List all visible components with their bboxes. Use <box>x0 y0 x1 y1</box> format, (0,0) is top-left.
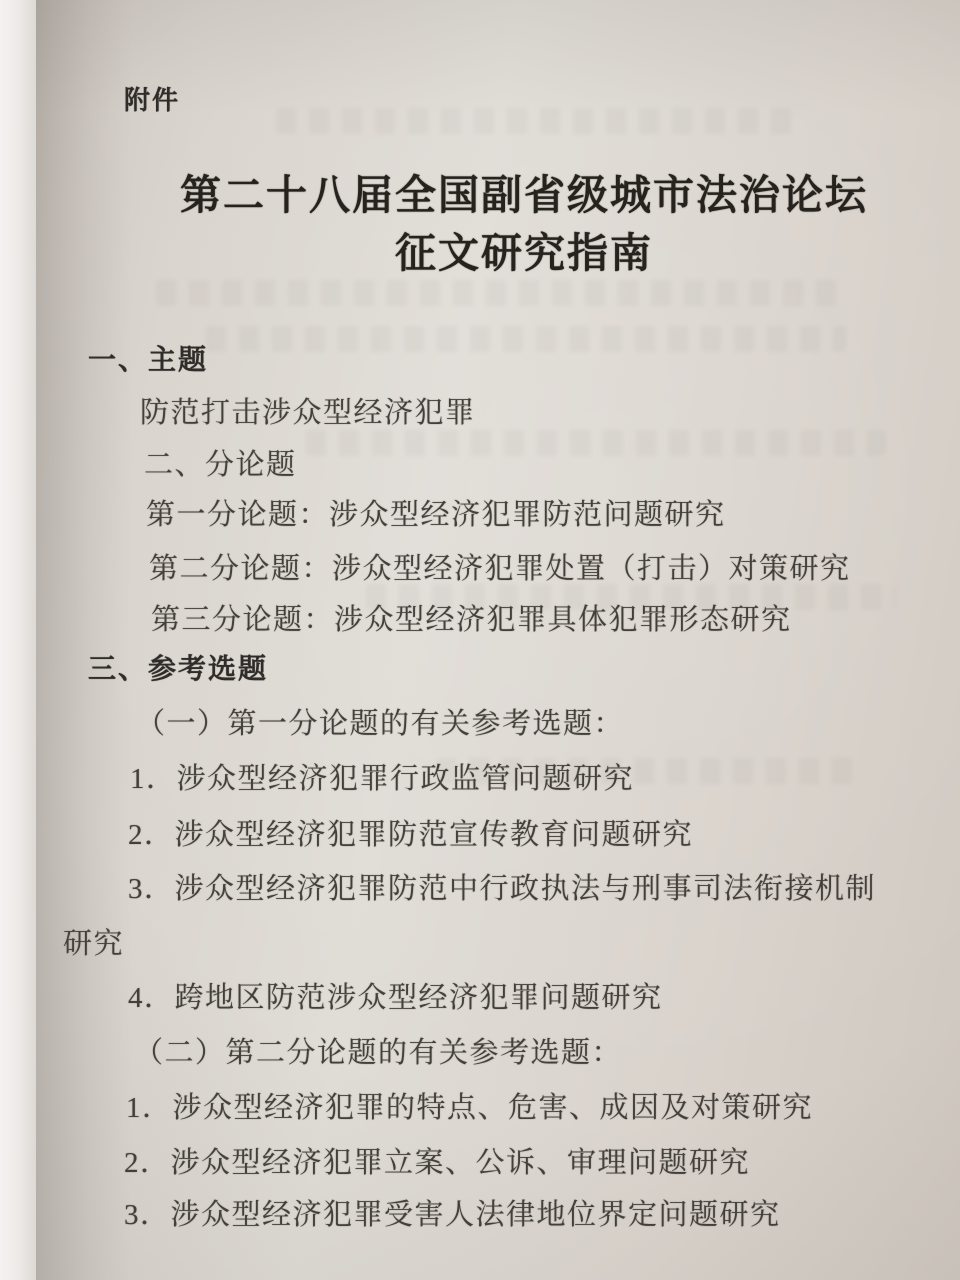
document-page: 附件 第二十八届全国副省级城市法治论坛 征文研究指南 一、主题 防范打击涉众型经… <box>36 0 960 1280</box>
section-heading-topics: 三、参考选题 <box>88 647 268 687</box>
group-2-item-2: 2．涉众型经济犯罪立案、公诉、审理问题研究 <box>124 1140 750 1181</box>
document-title-line1: 第二十八届全国副省级城市法治论坛 <box>36 162 960 221</box>
document-title-line2: 征文研究指南 <box>36 220 960 279</box>
group-1-item-4: 4．跨地区防范涉众型经济犯罪问题研究 <box>128 975 663 1016</box>
section-heading-theme: 一、主题 <box>88 338 208 378</box>
group-1-item-3-continuation: 研究 <box>63 921 124 962</box>
group-2-item-1: 1．涉众型经济犯罪的特点、危害、成因及对策研究 <box>126 1085 813 1126</box>
group-1-item-3: 3．涉众型经济犯罪防范中行政执法与刑事司法衔接机制 <box>128 866 876 907</box>
subtopic-1: 第一分论题：涉众型经济犯罪防范问题研究 <box>146 492 726 533</box>
bleed-through-text <box>276 108 796 134</box>
subtopic-2: 第二分论题：涉众型经济犯罪处置（打击）对策研究 <box>149 546 851 587</box>
attachment-label: 附件 <box>124 80 180 117</box>
group-2-item-3: 3．涉众型经济犯罪受害人法律地位界定问题研究 <box>124 1192 781 1233</box>
underlying-page-edge <box>0 0 36 1280</box>
subtopic-3: 第三分论题：涉众型经济犯罪具体犯罪形态研究 <box>151 597 792 638</box>
theme-text: 防范打击涉众型经济犯罪 <box>140 390 476 431</box>
group-2-heading: （二）第二分论题的有关参考选题： <box>134 1030 622 1071</box>
group-1-item-2: 2．涉众型经济犯罪防范宣传教育问题研究 <box>128 812 693 853</box>
group-1-item-1: 1．涉众型经济犯罪行政监管问题研究 <box>130 756 634 797</box>
bleed-through-text <box>306 430 886 456</box>
photographed-document: 附件 第二十八届全国副省级城市法治论坛 征文研究指南 一、主题 防范打击涉众型经… <box>0 0 960 1280</box>
bleed-through-text <box>206 326 846 352</box>
subtopics-heading: 二、分论题 <box>144 442 297 483</box>
bleed-through-text <box>156 280 846 306</box>
group-1-heading: （一）第一分论题的有关参考选题： <box>136 701 624 742</box>
